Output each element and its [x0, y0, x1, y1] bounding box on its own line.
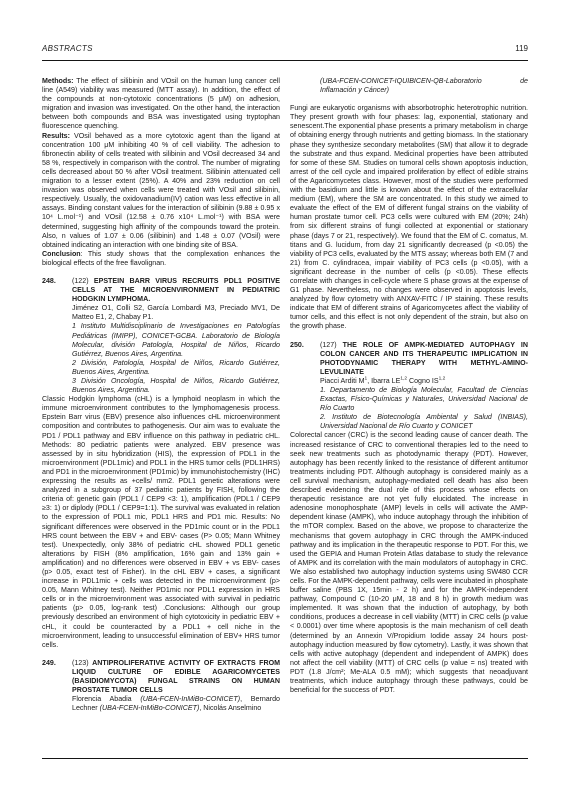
affiliation-line: 1. Departamento de Biología Molecular, F… — [320, 386, 528, 413]
affiliation-line: 2 División, Patología, Hospital de Niños… — [72, 359, 280, 377]
abstract-affiliations: 1. Departamento de Biología Molecular, F… — [320, 386, 528, 431]
abstract-authors: Florencia Abadia (UBA-FCEN-InMiBo-CONICE… — [72, 695, 280, 713]
abstract-249-heading: 249. (123) ANTIPROLIFERATIVE ACTIVITY OF… — [42, 659, 280, 714]
author-name: , Ibarra LE — [367, 377, 400, 385]
abstract-authors: Piacci Arditi M1, Ibarra LE1,2 Cogno IS1… — [320, 377, 528, 386]
abstract-code: (123) — [72, 659, 92, 667]
abstract-number: 249. — [42, 659, 72, 714]
author-name: Cogno IS — [407, 377, 439, 385]
abstract-authors: Jiménez O1, Colli S2, García Lombardi M3… — [72, 304, 280, 322]
page-number: 119 — [515, 44, 528, 53]
abstract-248-heading: 248. (122) EPSTEIN BARR VIRUS RECRUITS P… — [42, 277, 280, 395]
abstract-249-heading-main: (123) ANTIPROLIFERATIVE ACTIVITY OF EXTR… — [72, 659, 280, 714]
author-name: Florencia Abadia — [72, 695, 140, 703]
abstract-title: THE ROLE OF AMPK-MEDIATED AUTOPHAGY IN C… — [320, 341, 528, 376]
abstract-248-body: Classic Hodgkin lymphoma (cHL) is a lymp… — [42, 395, 280, 650]
paragraph-results: Results: VOsil behaved as a more cytotox… — [42, 132, 280, 250]
abstract-249-body: Fungi are eukaryotic organisms with abso… — [290, 104, 528, 331]
two-column-body: Methods: The effect of silibinin and VOs… — [42, 77, 528, 759]
paragraph-methods: Methods: The effect of silibinin and VOs… — [42, 77, 280, 132]
author-affiliation: (UBA-FCEN-InMiBo-CONICET) — [100, 704, 200, 712]
conclusion-label: Conclusion — [42, 250, 81, 258]
paragraph-conclusion: Conclusion: This study shows that the co… — [42, 250, 280, 268]
abstract-title: EPSTEIN BARR VIRUS RECRUITS PDL1 POSITIV… — [72, 277, 280, 303]
author-superscript: 1,2 — [439, 377, 446, 382]
abstract-248-heading-main: (122) EPSTEIN BARR VIRUS RECRUITS PDL1 P… — [72, 277, 280, 395]
left-column: Methods: The effect of silibinin and VOs… — [42, 77, 280, 759]
author-name: Piacci Arditi M — [320, 377, 365, 385]
abstract-code: (127) — [320, 341, 343, 349]
methods-text: The effect of silibinin and VOsil on the… — [42, 77, 280, 130]
abstracts-page: ABSTRACTS 119 Methods: The effect of sil… — [0, 0, 567, 794]
abstract-250-heading-main: (127) THE ROLE OF AMPK-MEDIATED AUTOPHAG… — [320, 341, 528, 432]
abstract-248: 248. (122) EPSTEIN BARR VIRUS RECRUITS P… — [42, 277, 280, 650]
abstract-249: 249. (123) ANTIPROLIFERATIVE ACTIVITY OF… — [42, 659, 280, 714]
abstract-number: 248. — [42, 277, 72, 395]
abstract-250: 250. (127) THE ROLE OF AMPK-MEDIATED AUT… — [290, 341, 528, 696]
author-name: , Nicolás Anselmino — [199, 704, 261, 712]
header-rule — [42, 60, 528, 61]
abstract-250-body: Colorectal cancer (CRC) is the second le… — [290, 431, 528, 695]
footer-rule — [42, 758, 528, 759]
running-head: ABSTRACTS — [42, 44, 93, 53]
results-label: Results: — [42, 132, 70, 140]
abstract-250-heading: 250. (127) THE ROLE OF AMPK-MEDIATED AUT… — [290, 341, 528, 432]
abstract-number: 250. — [290, 341, 320, 432]
abstract-249-continued-affiliation: (UBA-FCEN-CONICET-IQUIBICEN-QB-Laborator… — [290, 77, 528, 95]
page-header: ABSTRACTS 119 — [42, 44, 528, 53]
abstract-title: ANTIPROLIFERATIVE ACTIVITY OF EXTRACTS F… — [72, 659, 280, 694]
affiliation-line: 1 Instituto Multidisciplinario de Invest… — [72, 322, 280, 358]
affiliation-line: 3 División Oncología, Hospital de Niños,… — [72, 377, 280, 395]
affiliation-line: 2. Instituto de Biotecnología Ambiental … — [320, 413, 528, 431]
author-superscript: 1,2 — [400, 377, 407, 382]
abstract-code: (122) — [72, 277, 94, 285]
right-column: (UBA-FCEN-CONICET-IQUIBICEN-QB-Laborator… — [290, 77, 528, 759]
author-affiliation: (UBA-FCEN-InMiBo-CONICET) — [140, 695, 240, 703]
results-text: VOsil behaved as a more cytotoxic agent … — [42, 132, 280, 249]
methods-label: Methods: — [42, 77, 74, 85]
abstract-affiliations: 1 Instituto Multidisciplinario de Invest… — [72, 322, 280, 395]
